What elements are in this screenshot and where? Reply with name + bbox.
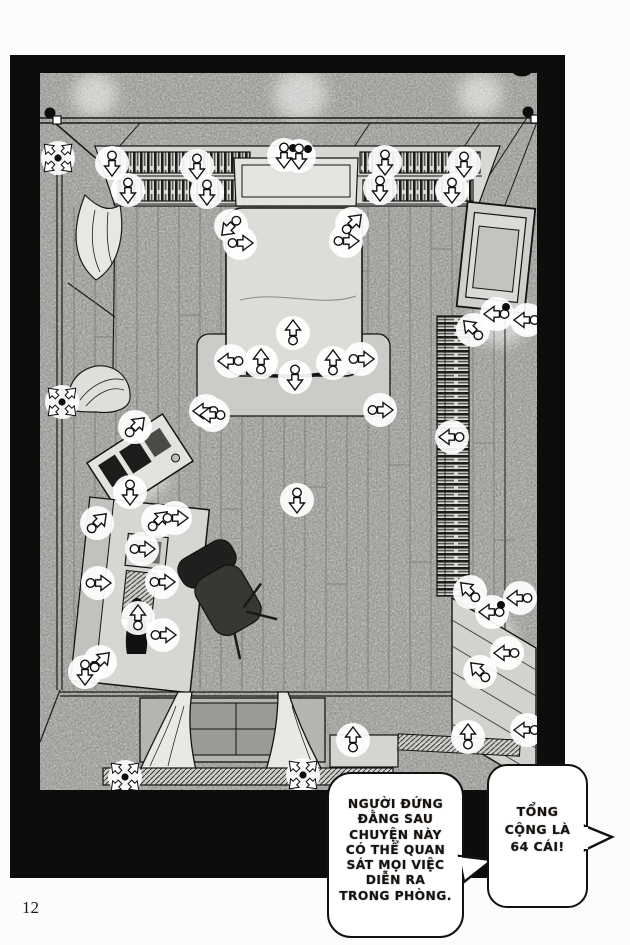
bubble-line: CÓ THỂ QUAN xyxy=(329,843,462,858)
bubble-line: CỘNG LÀ xyxy=(489,821,586,839)
bubble-line: SÁT MỌI VIỆC xyxy=(329,858,462,873)
right-window-panel xyxy=(457,202,536,314)
page-number: 12 xyxy=(22,898,39,918)
right-bookshelf xyxy=(437,316,469,596)
bubble-line: TRONG PHÒNG. xyxy=(329,889,462,904)
bubble-line: DIỄN RA xyxy=(329,873,462,888)
bubble-line: 64 CÁI! xyxy=(489,838,586,856)
speech-bubble-main: NGƯỜI ĐỨNGĐẰNG SAUCHUYỆN NÀYCÓ THỂ QUANS… xyxy=(327,772,464,938)
bubble-line: NGƯỜI ĐỨNG xyxy=(329,797,462,812)
bubble-line: CHUYỆN NÀY xyxy=(329,828,462,843)
speech-bubble-total-tail xyxy=(582,822,618,856)
speech-bubble-total: TỔNGCỘNG LÀ64 CÁI! xyxy=(487,764,588,908)
room-interior xyxy=(40,56,544,795)
bubble-line: ĐẰNG SAU xyxy=(329,812,462,827)
bubble-line: TỔNG xyxy=(489,803,586,821)
